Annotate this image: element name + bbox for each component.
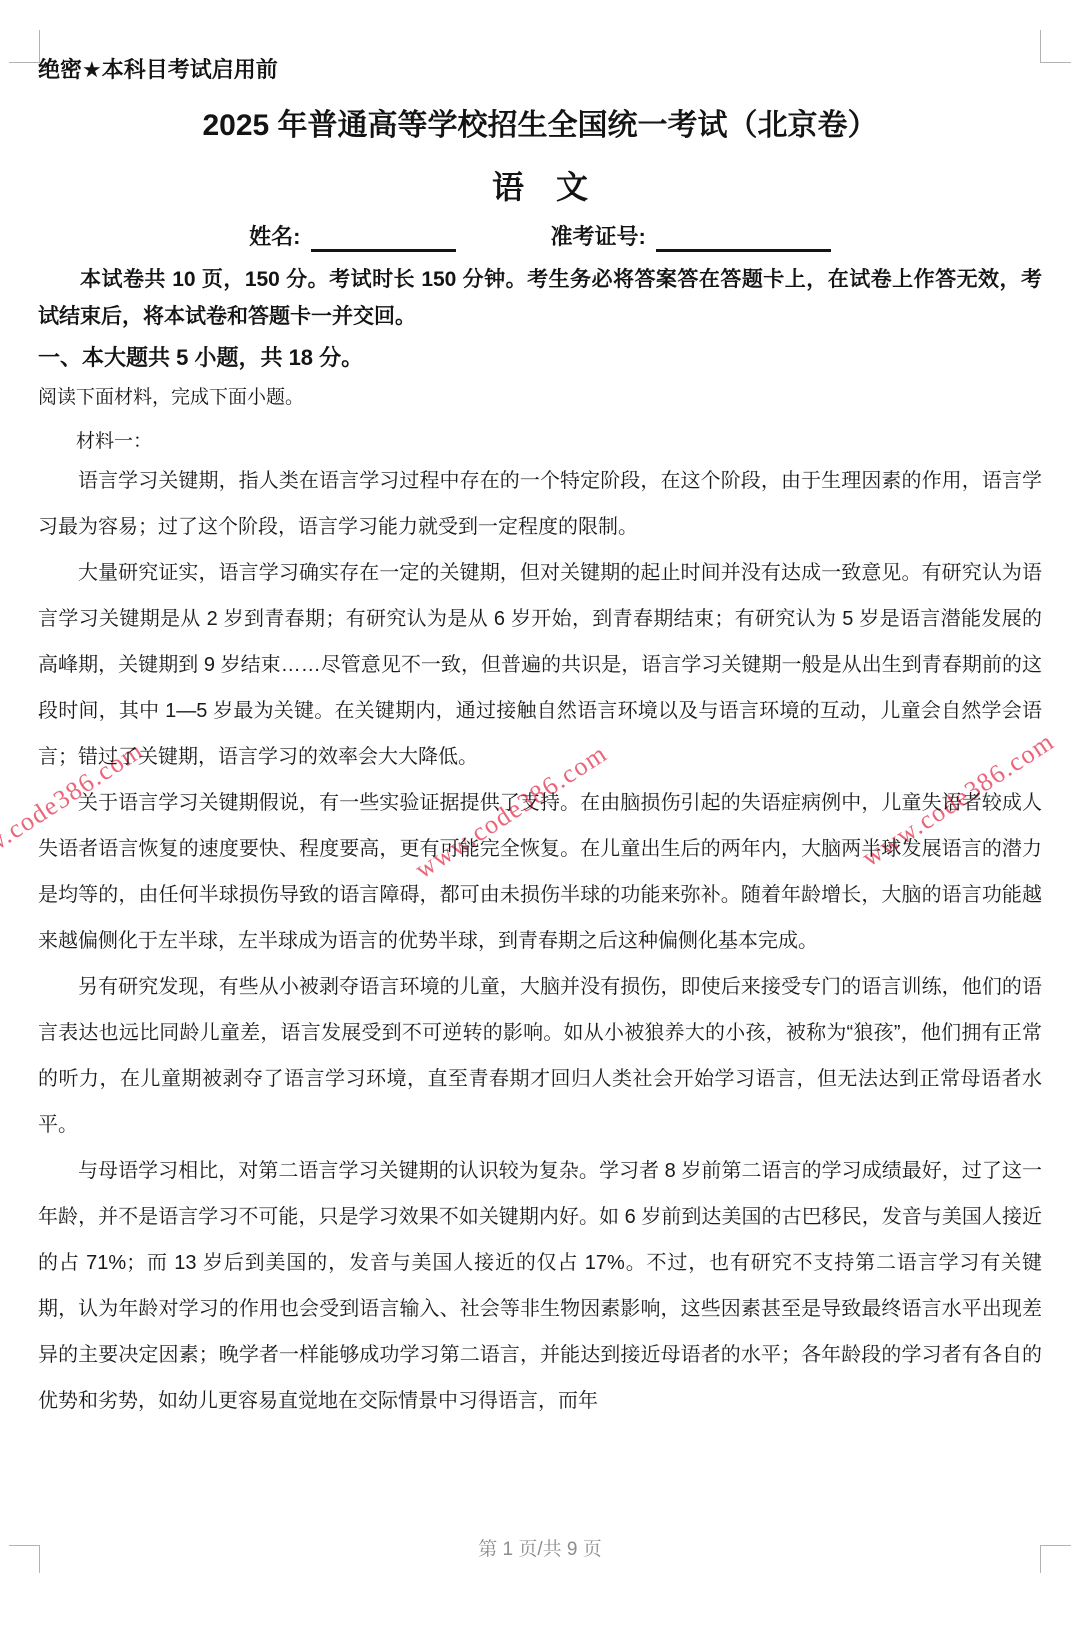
name-field: 姓名: bbox=[249, 222, 455, 252]
admission-ticket-field: 准考证号: bbox=[551, 222, 831, 252]
admission-ticket-blank-line bbox=[656, 230, 831, 252]
exam-subject: 语 文 bbox=[38, 164, 1042, 210]
exam-paper-page: www.code386.com www.code386.com www.code… bbox=[0, 0, 1080, 1644]
exam-instructions: 本试卷共 10 页，150 分。考试时长 150 分钟。考生务必将答案答在答题卡… bbox=[38, 261, 1042, 335]
material-one-label: 材料一： bbox=[38, 426, 1042, 458]
exam-title: 2025 年普通高等学校招生全国统一考试（北京卷） bbox=[38, 104, 1042, 148]
material-paragraph: 关于语言学习关键期假说，有一些实验证据提供了支持。在由脑损伤引起的失语症病例中，… bbox=[38, 780, 1042, 964]
page-number-indicator: 第 1 页/共 9 页 bbox=[0, 1534, 1080, 1561]
material-paragraph: 大量研究证实，语言学习确实存在一定的关键期，但对关键期的起止时间并没有达成一致意… bbox=[38, 550, 1042, 780]
name-label: 姓名: bbox=[249, 222, 300, 252]
candidate-info-row: 姓名: 准考证号: bbox=[38, 222, 1042, 252]
material-paragraph: 与母语学习相比，对第二语言学习关键期的认识较为复杂。学习者 8 岁前第二语言的学… bbox=[38, 1148, 1042, 1424]
crop-mark-top-right bbox=[1040, 30, 1071, 63]
crop-mark-top-left bbox=[9, 30, 40, 63]
page-content: 绝密★本科目考试启用前 2025 年普通高等学校招生全国统一考试（北京卷） 语 … bbox=[38, 0, 1042, 1424]
material-paragraph: 另有研究发现，有些从小被剥夺语言环境的儿童，大脑并没有损伤，即使后来接受专门的语… bbox=[38, 964, 1042, 1148]
material-paragraph: 语言学习关键期，指人类在语言学习过程中存在的一个特定阶段，在这个阶段，由于生理因… bbox=[38, 458, 1042, 550]
section-one-header: 一、本大题共 5 小题，共 18 分。 bbox=[38, 340, 1042, 376]
admission-ticket-label: 准考证号: bbox=[551, 222, 646, 252]
reading-prompt: 阅读下面材料，完成下面小题。 bbox=[38, 383, 1042, 413]
security-classification-label: 绝密★本科目考试启用前 bbox=[38, 54, 1042, 86]
name-blank-line bbox=[311, 230, 456, 252]
